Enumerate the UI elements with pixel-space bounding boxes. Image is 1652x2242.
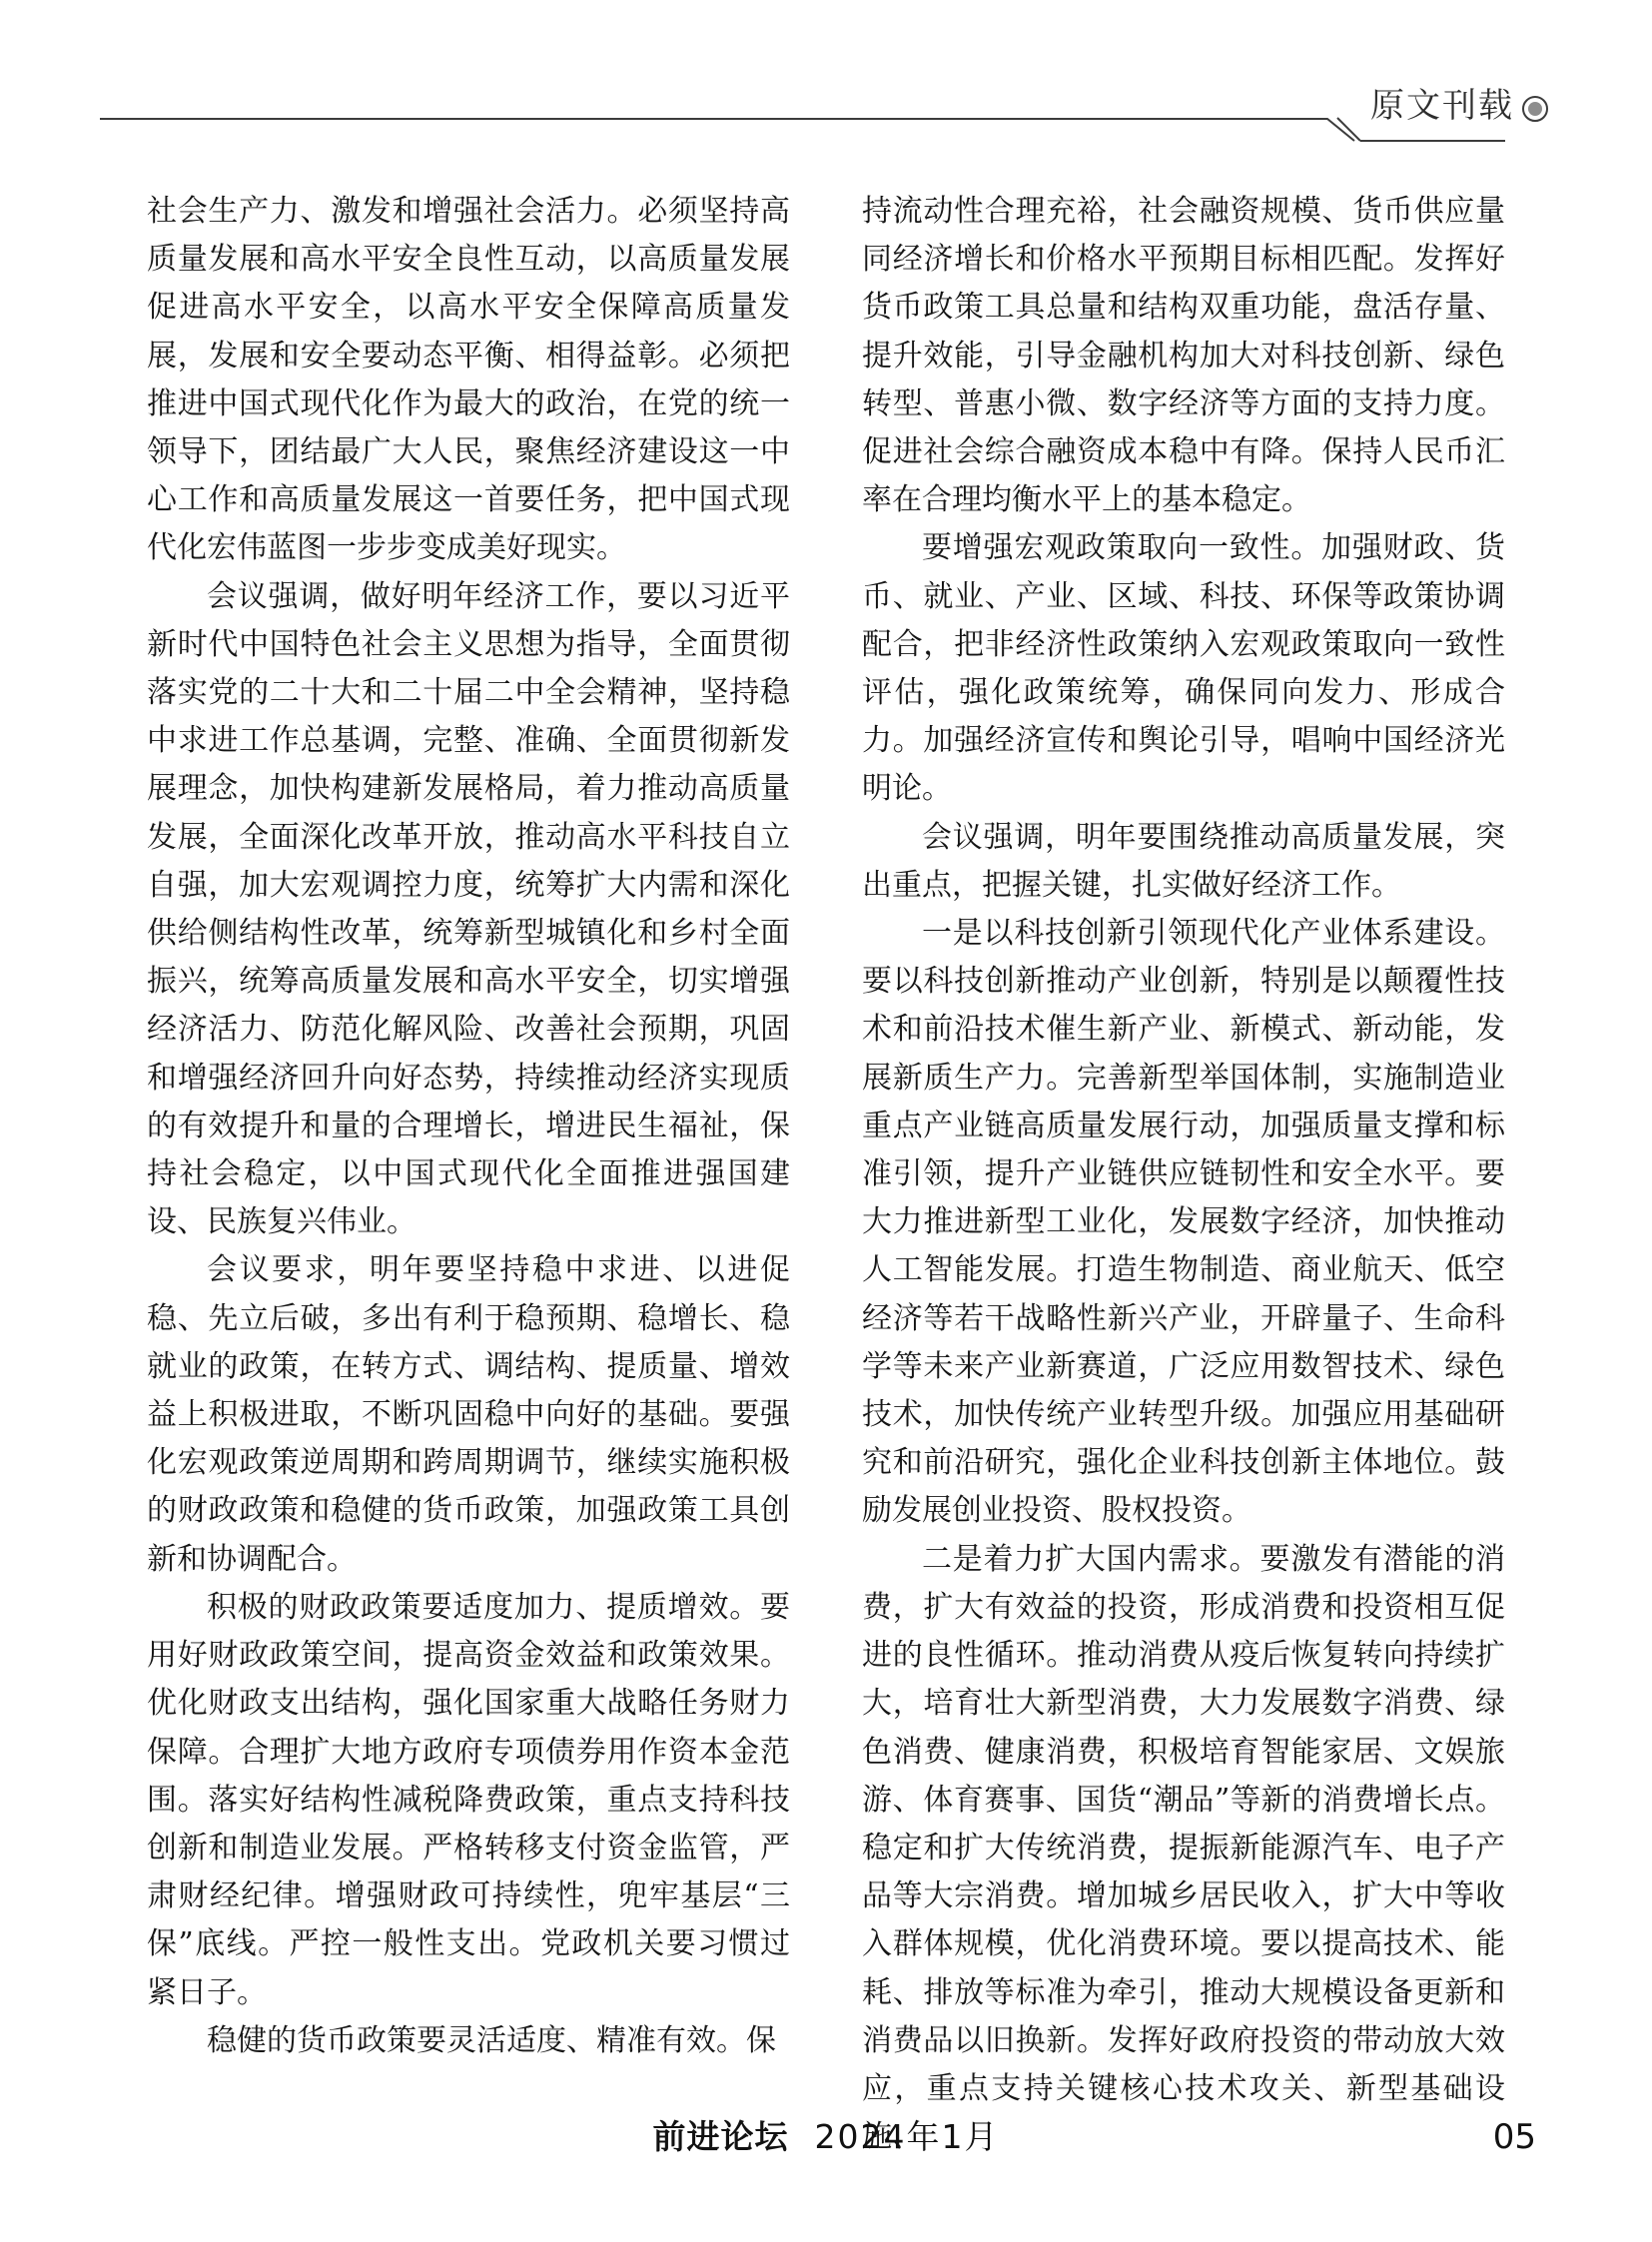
left-text-column: 社会生产力、激发和增强社会活力。必须坚持高质量发展和高水平安全良性互动，以高质量… xyxy=(147,188,790,2065)
header-section-label: 原文刊载 xyxy=(1370,86,1510,126)
paragraph: 稳健的货币政策要灵活适度、精准有效。保 xyxy=(147,2017,790,2065)
paragraph: 一是以科技创新引领现代化产业体系建设。要以科技创新推动产业创新，特别是以颠覆性技… xyxy=(862,910,1505,1536)
bullseye-icon-dot xyxy=(1528,102,1542,116)
journal-issue-date: 2024年1月 xyxy=(815,2117,1000,2156)
paragraph: 社会生产力、激发和增强社会活力。必须坚持高质量发展和高水平安全良性互动，以高质量… xyxy=(147,188,790,573)
paragraph: 会议要求，明年要坚持稳中求进、以进促稳、先立后破，多出有利于稳预期、稳增长、稳就… xyxy=(147,1246,790,1583)
footer: 前进论坛2024年1月 xyxy=(147,2115,1505,2159)
paragraph: 会议强调，做好明年经济工作，要以习近平新时代中国特色社会主义思想为指导，全面贯彻… xyxy=(147,573,790,1247)
paragraph: 要增强宏观政策取向一致性。加强财政、货币、就业、产业、区域、科技、环保等政策协调… xyxy=(862,524,1505,813)
bullseye-icon xyxy=(1522,96,1548,122)
paragraph: 持流动性合理充裕，社会融资规模、货币供应量同经济增长和价格水平预期目标相匹配。发… xyxy=(862,188,1505,524)
journal-name: 前进论坛 xyxy=(653,2117,789,2156)
paragraph: 二是着力扩大国内需求。要激发有潜能的消费，扩大有效益的投资，形成消费和投资相互促… xyxy=(862,1536,1505,2162)
paragraph: 会议强调，明年要围绕推动高质量发展，突出重点，把握关键，扎实做好经济工作。 xyxy=(862,814,1505,910)
magazine-page: 原文刊载 社会生产力、激发和增强社会活力。必须坚持高质量发展和高水平安全良性互动… xyxy=(0,0,1652,2242)
paragraph: 积极的财政政策要适度加力、提质增效。要用好财政政策空间，提高资金效益和政策效果。… xyxy=(147,1584,790,2017)
right-text-column: 持流动性合理充裕，社会融资规模、货币供应量同经济增长和价格水平预期目标相匹配。发… xyxy=(862,188,1505,2161)
page-number: 05 xyxy=(1476,2115,1536,2159)
